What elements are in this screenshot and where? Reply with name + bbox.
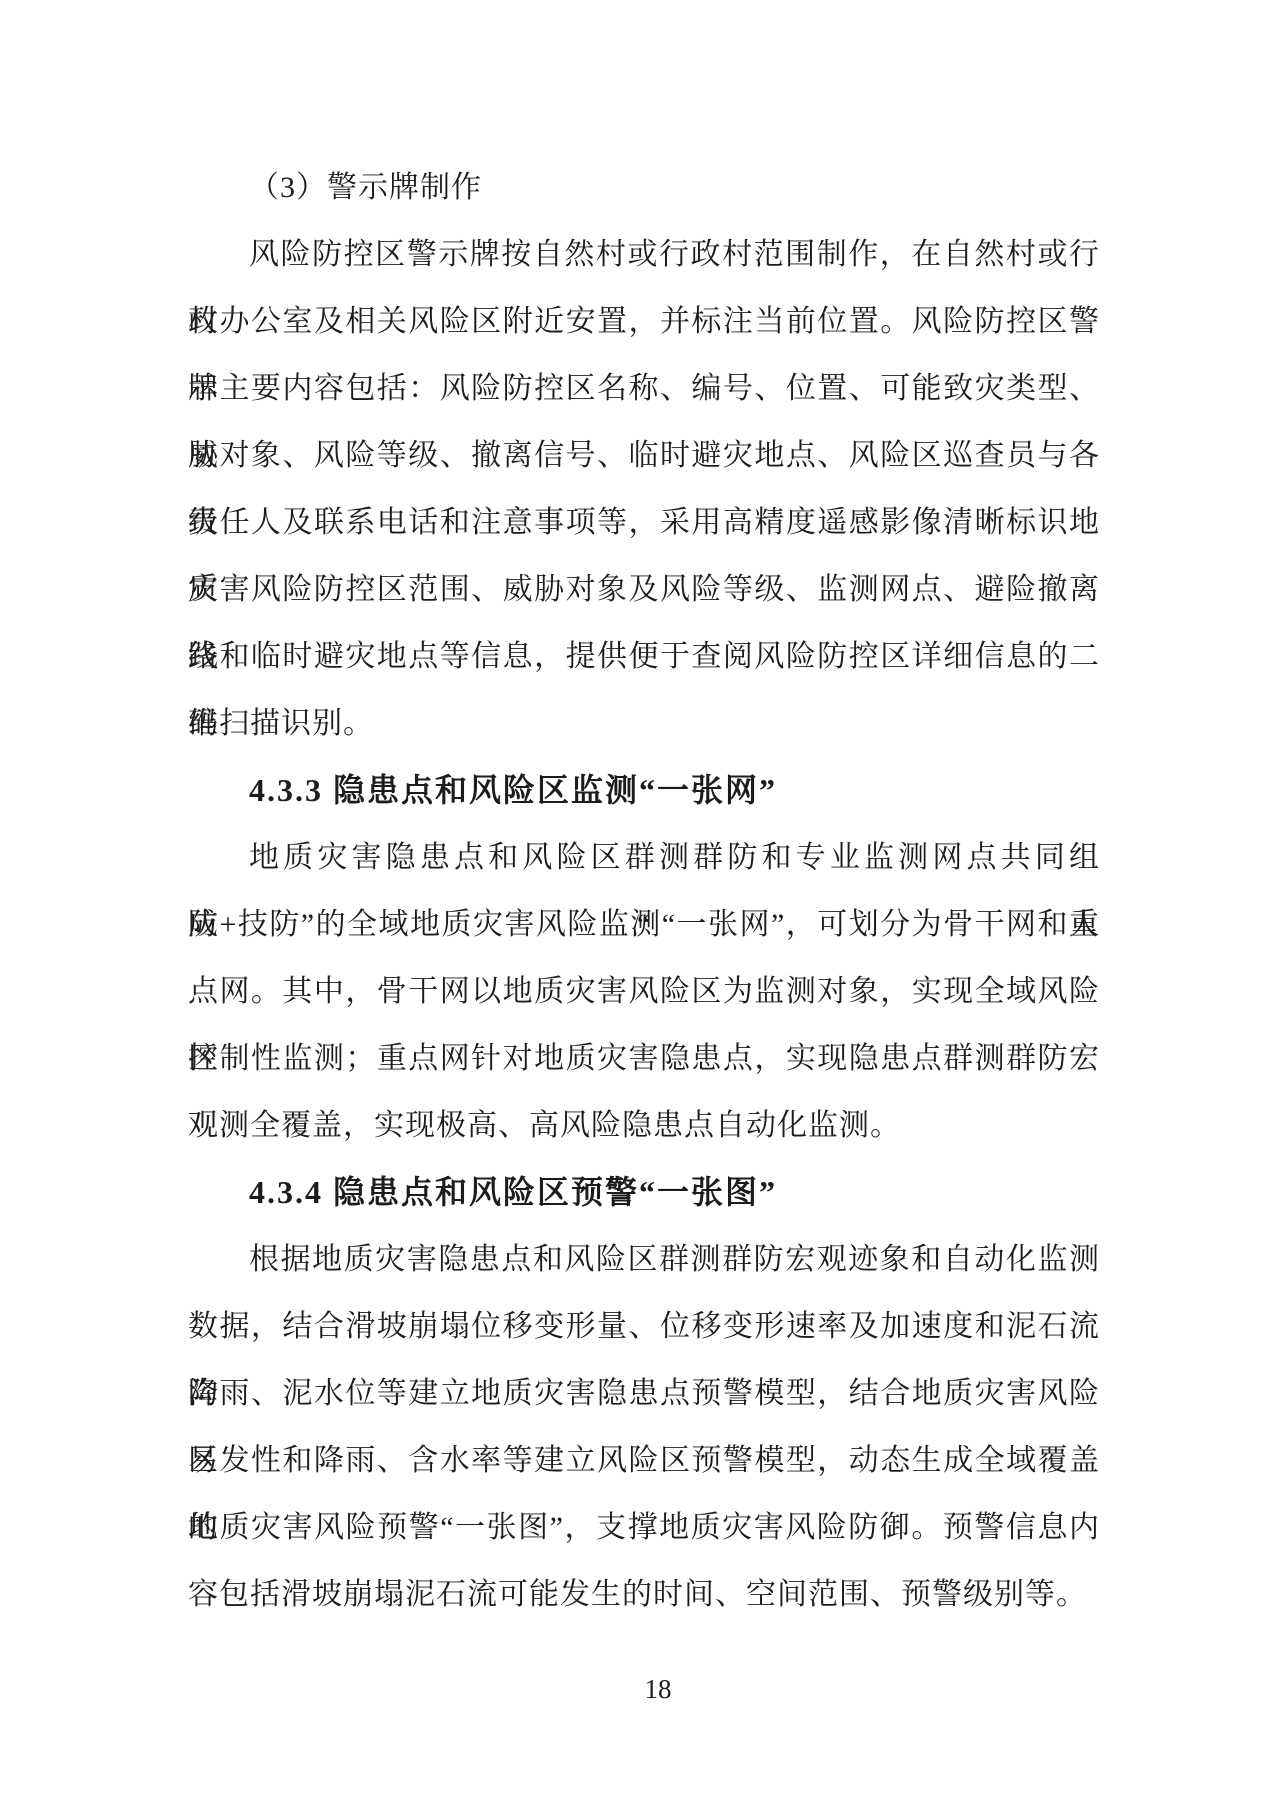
section-heading-4-3-4: 4.3.4 隐患点和风险区预警“一张图” [188, 1159, 1100, 1226]
paragraph-line: 防+技防”的全域地质灾害风险监测“一张网”，可划分为骨干网和重 [188, 891, 1100, 958]
paragraph-line: 风险防控区警示牌按自然村或行政村范围制作，在自然村或行政 [188, 221, 1100, 288]
paragraph-line: 降雨、泥水位等建立地质灾害隐患点预警模型，结合地质灾害风险区 [188, 1360, 1100, 1427]
paragraph-line: 牌主要内容包括：风险防控区名称、编号、位置、可能致灾类型、威 [188, 355, 1100, 422]
paragraph-line: 根据地质灾害隐患点和风险区群测群防宏观迹象和自动化监测 [188, 1226, 1100, 1293]
paragraph-line: 地质灾害隐患点和风险区群测群防和专业监测网点共同组成“人 [188, 824, 1100, 891]
paragraph-line: 控制性监测；重点网针对地质灾害隐患点，实现隐患点群测群防宏观 [188, 1025, 1100, 1092]
paragraph-line: 数据，结合滑坡崩塌位移变形量、位移变形速率及加速度和泥石流沟 [188, 1293, 1100, 1360]
paragraph-line: 容包括滑坡崩塌泥石流可能发生的时间、空间范围、预警级别等。 [188, 1561, 1100, 1628]
page-number: 18 [188, 1664, 1128, 1714]
paragraph-line: 线和临时避灾地点等信息，提供便于查阅风险防控区详细信息的二维 [188, 623, 1100, 690]
paragraph-line: 灾害风险防控区范围、威胁对象及风险等级、监测网点、避险撤离路 [188, 556, 1100, 623]
paragraph-line: 易发性和降雨、含水率等建立风险区预警模型，动态生成全域覆盖的 [188, 1427, 1100, 1494]
paragraph-line: 责任人及联系电话和注意事项等，采用高精度遥感影像清晰标识地质 [188, 489, 1100, 556]
paragraph-line: 观测全覆盖，实现极高、高风险隐患点自动化监测。 [188, 1092, 1100, 1159]
text-body: （3）警示牌制作 风险防控区警示牌按自然村或行政村范围制作，在自然村或行政 村办… [188, 154, 1100, 1628]
paragraph-line: 胁对象、风险等级、撤离信号、临时避灾地点、风险区巡查员与各级 [188, 422, 1100, 489]
document-page: （3）警示牌制作 风险防控区警示牌按自然村或行政村范围制作，在自然村或行政 村办… [0, 0, 1280, 1810]
paragraph-line: 地质灾害风险预警“一张图”，支撑地质灾害风险防御。预警信息内 [188, 1494, 1100, 1561]
section-heading-4-3-3: 4.3.3 隐患点和风险区监测“一张网” [188, 757, 1100, 824]
paragraph-line: 点网。其中，骨干网以地质灾害风险区为监测对象，实现全域风险区 [188, 958, 1100, 1025]
list-item-3-heading: （3）警示牌制作 [188, 154, 1100, 221]
paragraph-line: 码扫描识别。 [188, 690, 1100, 757]
paragraph-line: 村办公室及相关风险区附近安置，并标注当前位置。风险防控区警示 [188, 288, 1100, 355]
